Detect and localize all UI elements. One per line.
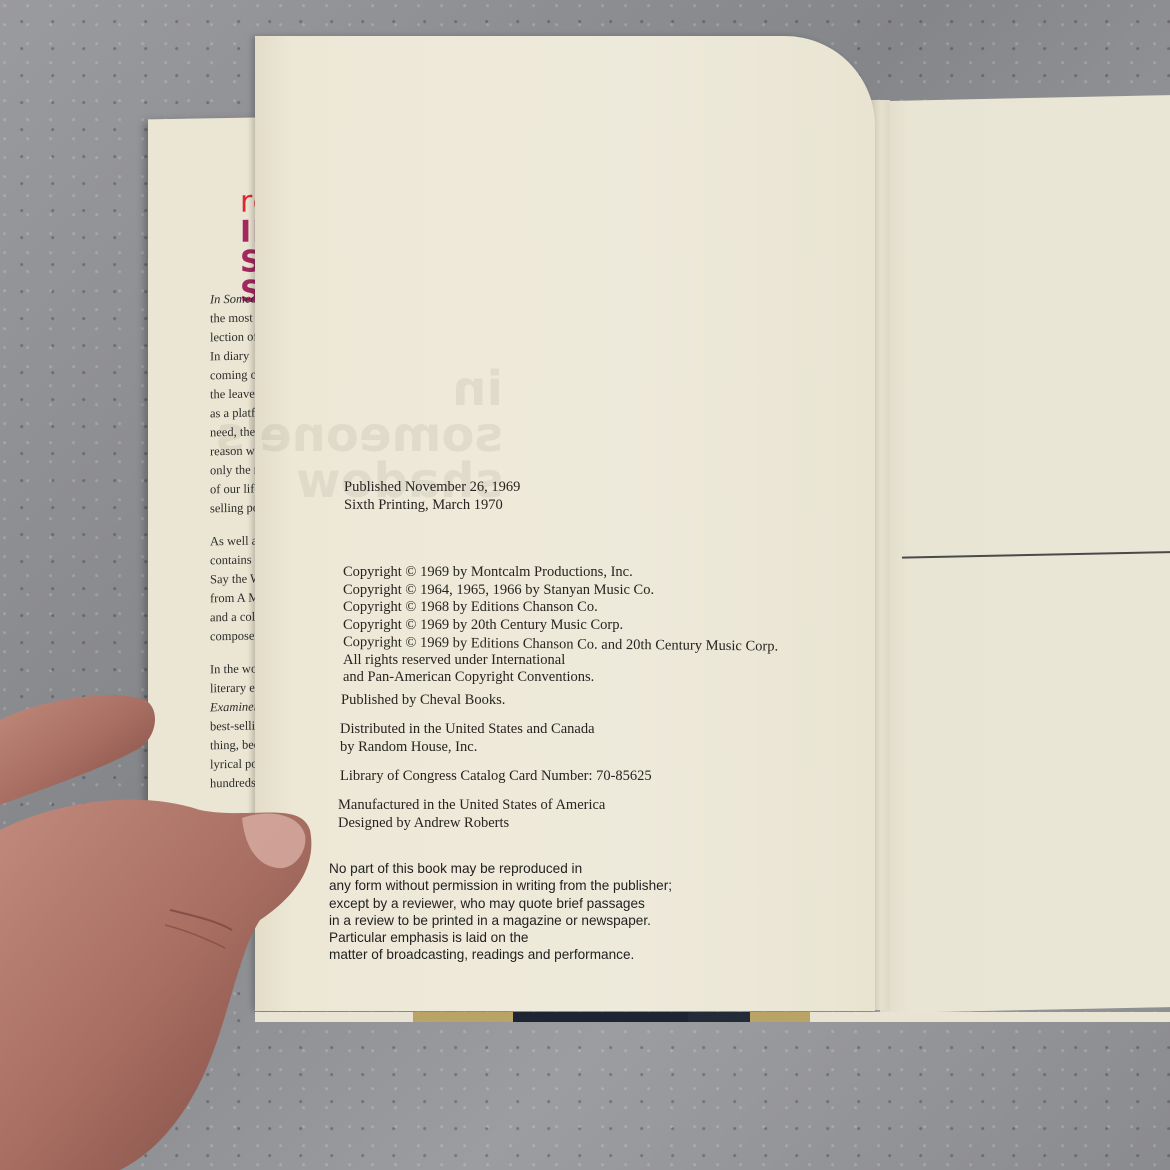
book-photo-scene: rod IN S SHa In Someo the most lection o… <box>0 0 1170 1170</box>
copyright-line: Copyright © 1969 by 20th Century Music C… <box>343 617 778 635</box>
copyright-line: Copyright © 1964, 1965, 1966 by Stanyan … <box>343 582 778 600</box>
copyright-line: Copyright © 1968 by Editions Chanson Co. <box>343 599 778 617</box>
reproduction-notice: No part of this book may be reproduced i… <box>329 860 672 964</box>
headband-paper <box>810 1012 1170 1022</box>
copyright-page[interactable]: in someone's shadow Published November 2… <box>255 36 875 1011</box>
horizontal-rule <box>902 550 1170 558</box>
headband-tan <box>413 1012 513 1022</box>
headband-tan <box>750 1012 810 1022</box>
notice-line: Particular emphasis is laid on the <box>329 929 672 946</box>
copyright-notices: Copyright © 1969 by Montcalm Productions… <box>343 564 778 687</box>
distribution-line: by Random House, Inc. <box>340 739 595 757</box>
published-date: Published November 26, 1969 <box>344 479 520 497</box>
notice-line: any form without permission in writing f… <box>329 877 672 894</box>
notice-line: in a review to be printed in a magazine … <box>329 912 672 929</box>
designer-line: Designed by Andrew Roberts <box>338 815 605 833</box>
manufactured-line: Manufactured in the United States of Ame… <box>338 797 605 815</box>
notice-line: No part of this book may be reproduced i… <box>329 860 672 877</box>
notice-line: except by a reviewer, who may quote brie… <box>329 895 672 912</box>
headband-paper <box>255 1012 413 1022</box>
copyright-line: Copyright © 1969 by Montcalm Productions… <box>343 564 778 582</box>
library-of-congress-number: Library of Congress Catalog Card Number:… <box>340 768 652 786</box>
manufacture-info: Manufactured in the United States of Ame… <box>338 797 605 832</box>
headband-navy <box>513 1012 688 1022</box>
right-page-blank[interactable] <box>880 95 1170 1013</box>
headband-navy <box>688 1012 750 1022</box>
distribution-info: Distributed in the United States and Can… <box>340 721 595 756</box>
publication-info: Published November 26, 1969 Sixth Printi… <box>344 479 520 514</box>
distribution-line: Distributed in the United States and Can… <box>340 721 595 739</box>
book-headband <box>255 1012 1170 1022</box>
notice-line: matter of broadcasting, readings and per… <box>329 946 672 963</box>
rights-reserved-line: and Pan-American Copyright Conventions. <box>343 669 778 687</box>
publisher-line: Published by Cheval Books. <box>341 692 505 710</box>
printing-info: Sixth Printing, March 1970 <box>344 497 520 515</box>
